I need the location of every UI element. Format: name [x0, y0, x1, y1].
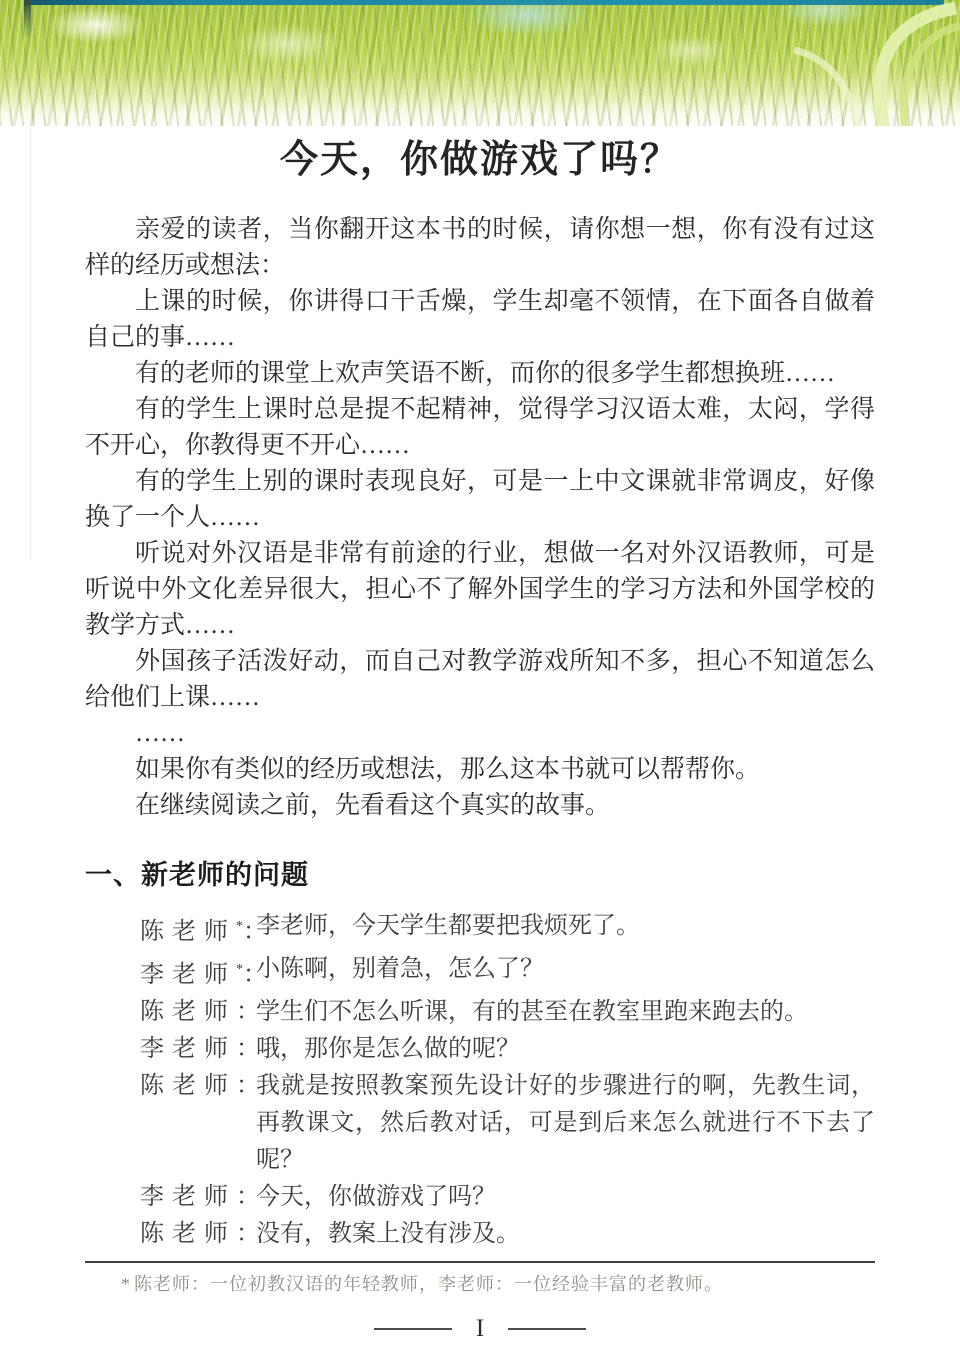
page-title: 今天，你做游戏了吗？ — [85, 136, 875, 184]
footnote-text: 陈老师：一位初教汉语的年轻教师，李老师：一位经验丰富的老教师。 — [134, 1274, 723, 1294]
paragraph: 有的学生上课时总是提不起精神，觉得学习汉语太难，太闷，学得不开心，你教得更不开心… — [85, 392, 875, 464]
dialogue-row: 李老师*： 小陈啊，别着急，怎么了？ — [140, 951, 875, 994]
dialogue-block: 陈老师*： 李老师，今天学生都要把我烦死了。 李老师*： 小陈啊，别着急，怎么了… — [85, 908, 875, 1253]
paragraph: 在继续阅读之前，先看看这个真实的故事。 — [85, 788, 875, 824]
speaker-name: 李老师*： — [140, 951, 256, 994]
header-grass-banner — [0, 0, 960, 126]
dialogue-text: 我就是按照教案预先设计好的步骤进行的啊，先教生词，再教课文，然后教对话，可是到后… — [256, 1068, 875, 1179]
section-heading: 一、新老师的问题 — [85, 856, 875, 894]
paragraph: 外国孩子活泼好动，而自己对教学游戏所知不多，担心不知道怎么给他们上课…… — [85, 644, 875, 716]
footnote-marker: * — [236, 962, 243, 977]
dialogue-text: 哦，那你是怎么做的呢？ — [256, 1031, 875, 1068]
dialogue-text: 小陈啊，别着急，怎么了？ — [256, 951, 875, 994]
grass-blades-graphic — [710, 0, 960, 126]
page-number-dash-right — [508, 1328, 586, 1330]
speaker-name: 李老师： — [140, 1179, 256, 1216]
paragraph-ellipsis: …… — [85, 716, 875, 752]
dialogue-text: 学生们不怎么听课，有的甚至在教室里跑来跑去的。 — [256, 994, 875, 1031]
page-number-dash-left — [374, 1328, 452, 1330]
page-number: I — [476, 1315, 484, 1343]
speaker-name: 陈老师： — [140, 994, 256, 1031]
dialogue-row: 陈老师： 我就是按照教案预先设计好的步骤进行的啊，先教生词，再教课文，然后教对话… — [140, 1068, 875, 1179]
footnote-asterisk: * — [121, 1274, 131, 1294]
paragraph: 听说对外汉语是非常有前途的行业，想做一名对外汉语教师，可是听说中外文化差异很大，… — [85, 536, 875, 644]
dialogue-row: 李老师： 哦，那你是怎么做的呢？ — [140, 1031, 875, 1068]
speaker-name: 陈老师： — [140, 1216, 256, 1253]
paragraph: 上课的时候，你讲得口干舌燥，学生却毫不领情，在下面各自做着自己的事…… — [85, 284, 875, 356]
paragraph: 有的学生上别的课时表现良好，可是一上中文课就非常调皮，好像换了一个人…… — [85, 464, 875, 536]
paragraph: 有的老师的课堂上欢声笑语不断，而你的很多学生都想换班…… — [85, 356, 875, 392]
intro-paragraphs: 亲爱的读者，当你翻开这本书的时候，请你想一想，你有没有过这样的经历或想法： 上课… — [85, 212, 875, 824]
dialogue-row: 李老师： 今天，你做游戏了吗？ — [140, 1179, 875, 1216]
dialogue-row: 陈老师： 学生们不怎么听课，有的甚至在教室里跑来跑去的。 — [140, 994, 875, 1031]
speaker-name: 陈老师： — [140, 1068, 256, 1179]
dialogue-row: 陈老师*： 李老师，今天学生都要把我烦死了。 — [140, 908, 875, 951]
page-content: 今天，你做游戏了吗？ 亲爱的读者，当你翻开这本书的时候，请你想一想，你有没有过这… — [0, 136, 960, 1343]
paragraph: 亲爱的读者，当你翻开这本书的时候，请你想一想，你有没有过这样的经历或想法： — [85, 212, 875, 284]
footnote: *陈老师：一位初教汉语的年轻教师，李老师：一位经验丰富的老教师。 — [85, 1271, 875, 1297]
dialogue-text: 今天，你做游戏了吗？ — [256, 1179, 875, 1216]
page-number-row: I — [85, 1315, 875, 1343]
dialogue-text: 没有，教案上没有涉及。 — [256, 1216, 875, 1253]
banner-left-edge — [24, 0, 31, 40]
speaker-name: 陈老师*： — [140, 908, 256, 951]
dialogue-row: 陈老师： 没有，教案上没有涉及。 — [140, 1216, 875, 1253]
footnote-divider — [85, 1261, 875, 1263]
footnote-marker: * — [236, 919, 243, 934]
speaker-name: 李老师： — [140, 1031, 256, 1068]
paragraph: 如果你有类似的经历或想法，那么这本书就可以帮帮你。 — [85, 752, 875, 788]
dialogue-text: 李老师，今天学生都要把我烦死了。 — [256, 908, 875, 951]
